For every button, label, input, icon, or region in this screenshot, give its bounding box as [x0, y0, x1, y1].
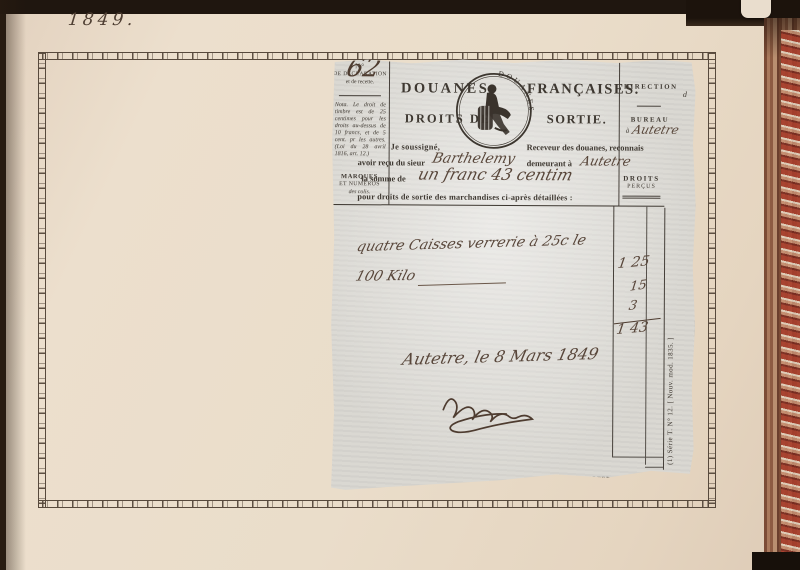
frame-right-edge — [708, 52, 716, 508]
droits-header-rule — [622, 196, 660, 199]
line-avoir-recu: avoir reçu du sieur — [358, 158, 425, 167]
direction-rule — [637, 106, 661, 107]
goods-description-line-2: 100 Kilo — [354, 268, 418, 285]
series-imprint-note: (1) Série T. N° 12. [ Nouv. mod. 1835. ] — [666, 215, 675, 465]
douanes-seal-icon: DOUANES. — [451, 68, 537, 154]
signature-flourish: Chauvin — [429, 382, 579, 443]
date-line-handwritten: Autetre, le 8 Mars 1849 — [401, 344, 601, 369]
seated-figure-icon — [478, 84, 511, 135]
amount-in-words-handwritten: un franc 43 centim — [416, 165, 575, 185]
column-bottom-tick-2 — [645, 467, 663, 468]
year-annotation: 1849. — [67, 10, 138, 30]
payer-place-handwritten: Autetre — [579, 154, 633, 169]
amount-row-1: 1 25 — [617, 253, 651, 272]
photographed-album-page: 1849. N° DE DÉCLARATION et de recette. 6… — [0, 0, 800, 570]
centimes-column-line — [645, 207, 647, 465]
goods-description-line-1: quatre Caisses verrerie à 25c le — [355, 232, 588, 255]
line-je-soussigne: Je soussigné, — [391, 142, 441, 151]
frame-top-edge — [38, 52, 716, 60]
column-bottom-tick-1 — [612, 457, 663, 458]
subtitle-sortie: SORTIE. — [547, 112, 608, 127]
marbled-page-edges — [781, 30, 800, 570]
page-left-shadow — [0, 0, 26, 570]
amount-row-2: 15 — [629, 278, 648, 295]
bottom-right-shadow — [752, 552, 800, 570]
total-amount: 1 43 — [615, 319, 649, 338]
direction-value: d — [683, 90, 687, 99]
line-pour-droits: pour droits de sortie des marchandises c… — [357, 192, 572, 202]
customs-receipt-document: N° DE DÉCLARATION et de recette. 62 Nota… — [329, 55, 697, 493]
bureau-value-handwritten: Autetre — [631, 123, 681, 137]
amount-row-3: 3 — [628, 298, 639, 314]
droits-column-line — [612, 207, 614, 457]
direction-label: DIRECTION — [624, 84, 678, 91]
page-tab — [741, 0, 771, 18]
line-receveur: Receveur des douanes, reconnais — [527, 143, 644, 153]
frame-bottom-edge — [38, 500, 716, 508]
header-bottom-rule — [332, 204, 664, 207]
series-margin-line — [663, 208, 665, 470]
bureau-prefix: à — [626, 127, 630, 135]
title-francaises: FRANÇAISES. — [527, 81, 640, 99]
droits-column-header: DROITS — [618, 175, 664, 183]
frame-left-edge — [38, 52, 46, 508]
reference-rule — [339, 95, 381, 96]
line-la-somme-de: la somme de — [361, 174, 405, 183]
percus-column-header: PERÇUS — [618, 184, 664, 190]
nota-text: Nota. Le droit de timbre est de 25 centi… — [335, 102, 386, 158]
goods-dash-line — [418, 282, 506, 286]
